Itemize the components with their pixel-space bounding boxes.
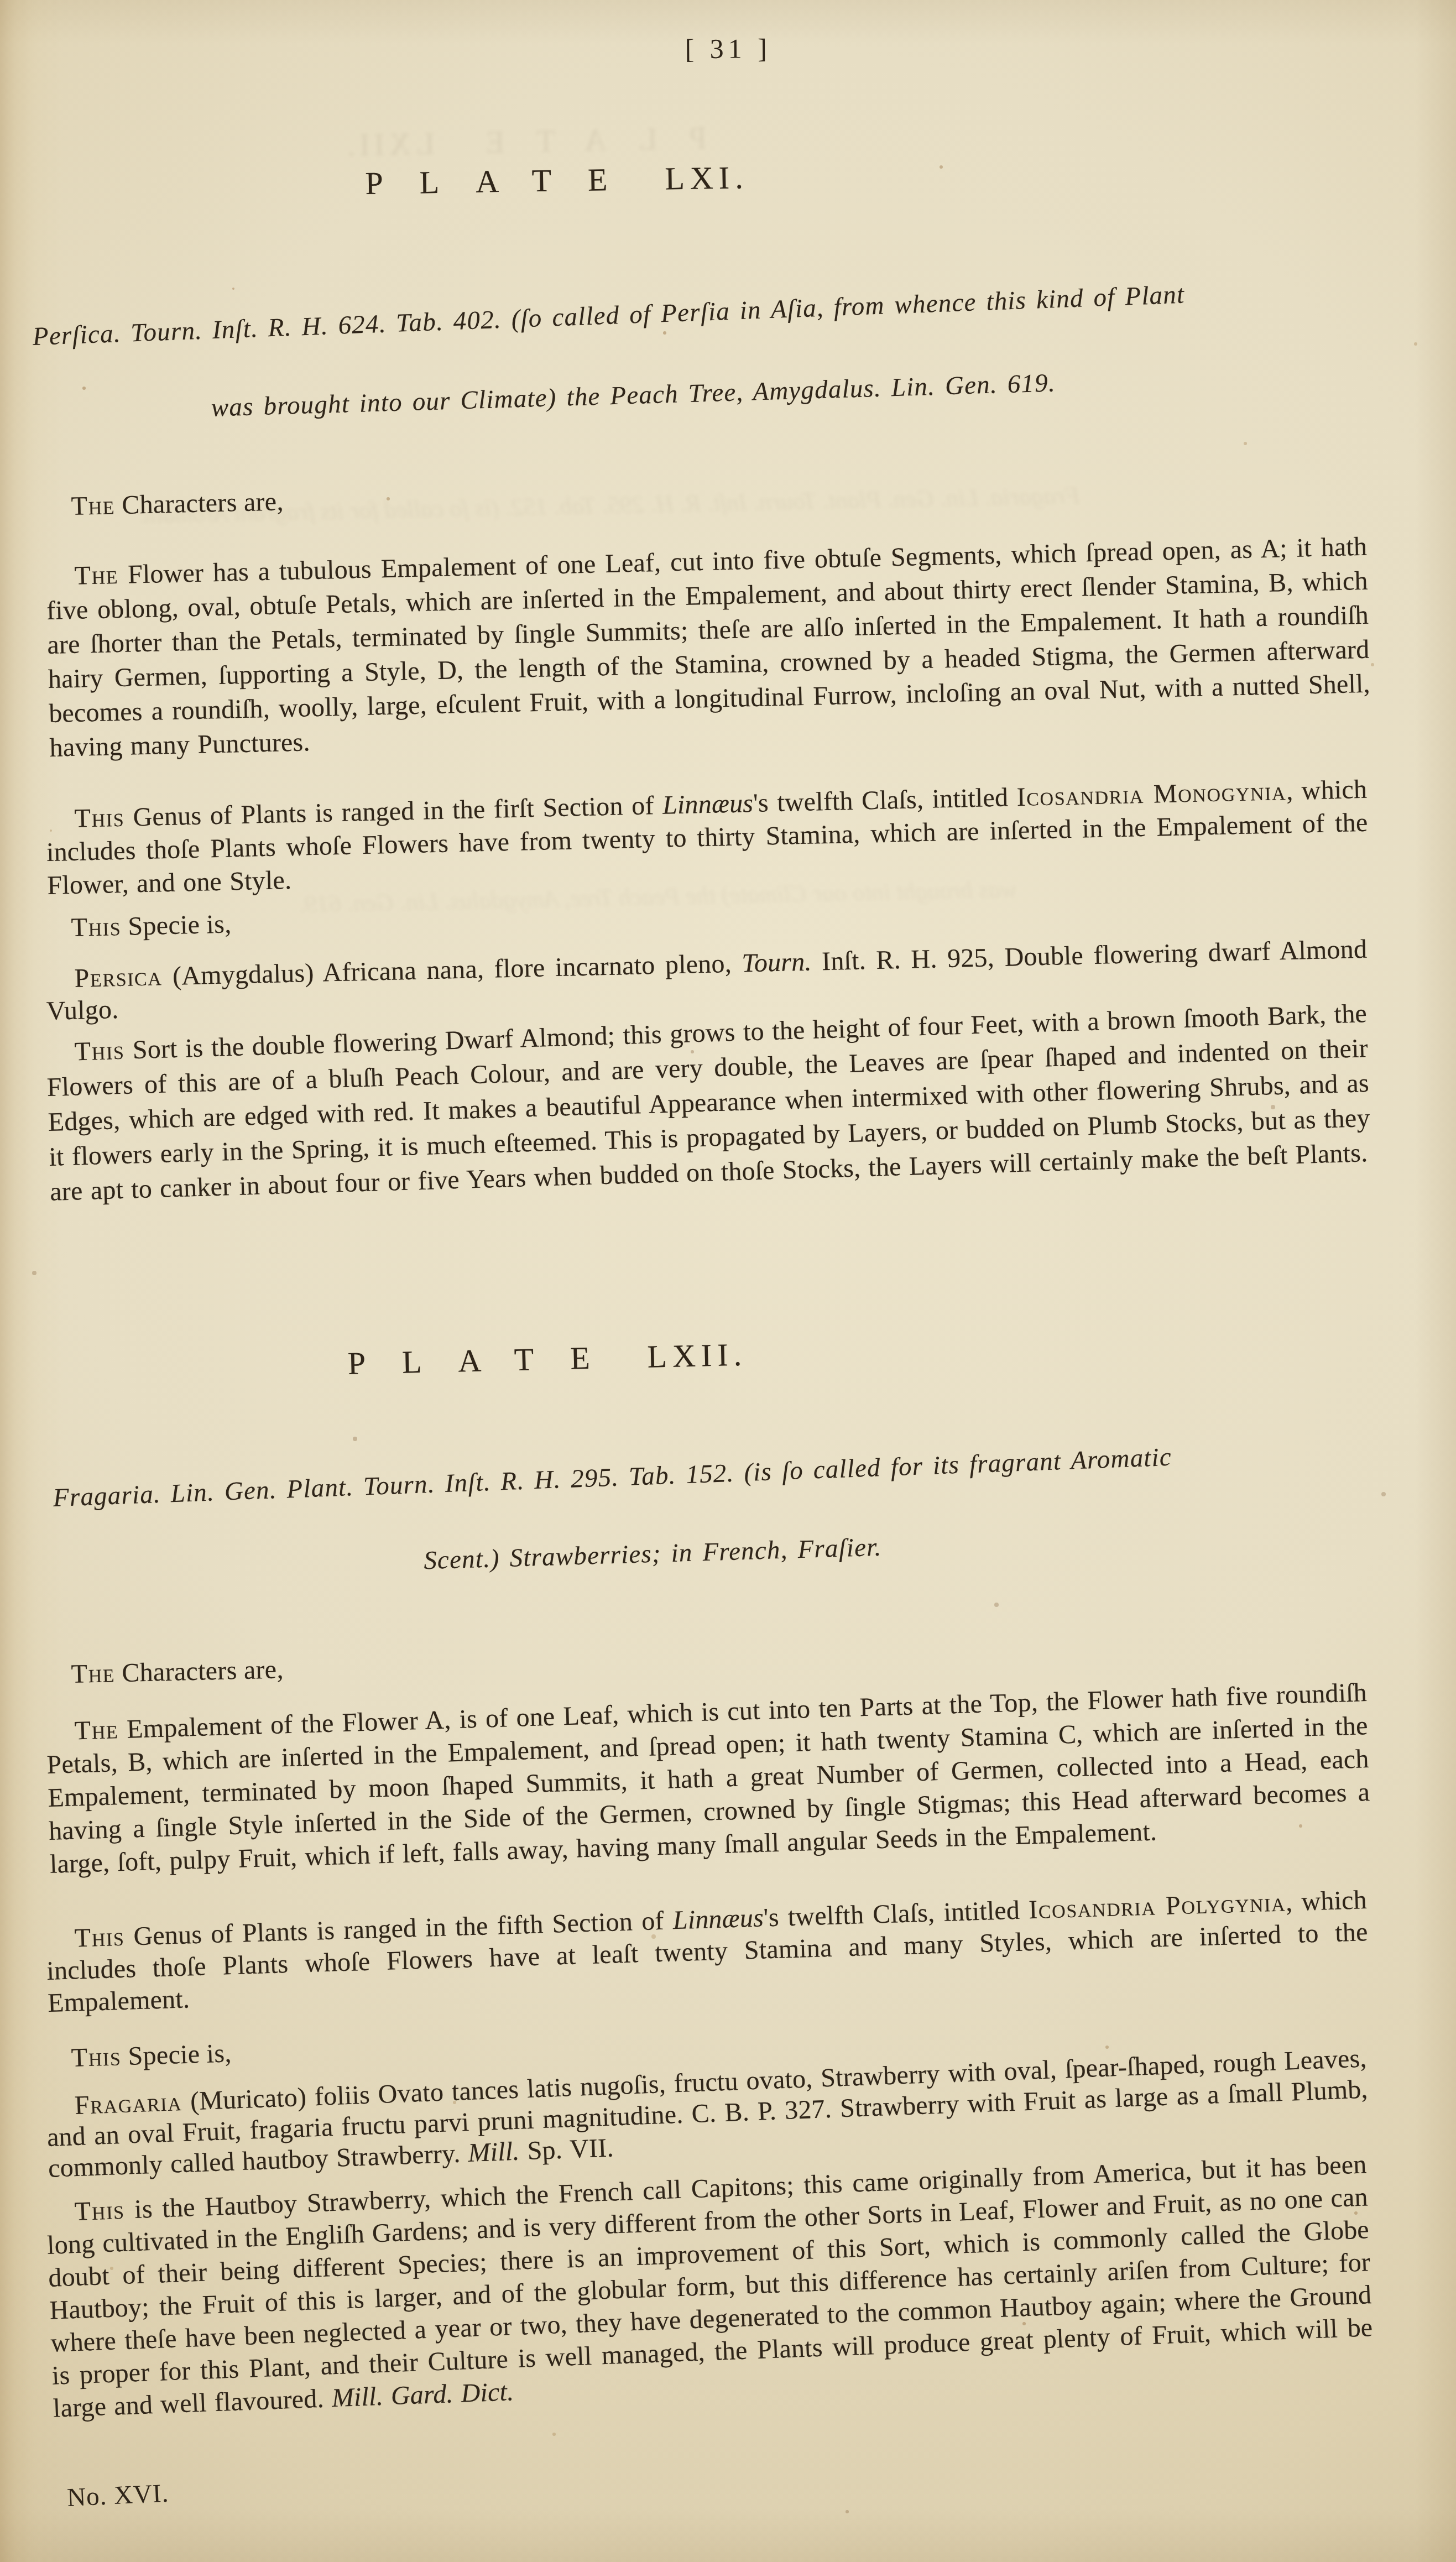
plate-word: PLATE xyxy=(365,161,644,201)
plate-numeral: LXI. xyxy=(665,159,749,196)
genus-paragraph: This Genus of Plants is ranged in the fi… xyxy=(45,773,1369,902)
plate-word: PLATE xyxy=(347,1339,627,1381)
paper-foxing-specks xyxy=(232,288,234,290)
book-page-scan: PLATELXII. Fragaria. Lin. Gen. Plant. To… xyxy=(0,0,1456,2562)
plate-numeral: LXII. xyxy=(647,1337,748,1375)
specie-heading: This Specie is, xyxy=(71,909,232,943)
plate-lxi-citation-line-1: Perſica. Tourn. Inſt. R. H. 624. Tab. 40… xyxy=(32,280,1185,352)
plate-lxii-heading: PLATELXII. xyxy=(347,1336,748,1382)
characters-heading: The Characters are, xyxy=(71,486,284,521)
plate-lxi-heading: PLATELXI. xyxy=(365,159,749,202)
description-paragraph: This is the Hautboy Strawberry, which th… xyxy=(45,2148,1375,2424)
characters-paragraph: The Empalement of the Flower A, is of on… xyxy=(45,1676,1371,1881)
showthrough-plate-numeral: LXII. xyxy=(342,127,435,163)
showthrough-plate-heading: PLATELXII. xyxy=(342,121,707,164)
signature-mark: No. XVI. xyxy=(66,2478,169,2513)
showthrough-plate-word: PLATE xyxy=(453,121,707,161)
genus-paragraph: This Genus of Plants is ranged in the fi… xyxy=(45,1884,1369,2020)
specie-heading: This Specie is, xyxy=(71,2038,232,2073)
plate-lxii-citation-line-2: Scent.) Strawberries; in French, Fraſier… xyxy=(0,1520,1306,1588)
plate-lxii-citation-line-1: Fragaria. Lin. Gen. Plant. Tourn. Inſt. … xyxy=(53,1442,1172,1513)
characters-heading: The Characters are, xyxy=(71,1654,284,1689)
plate-lxi-citation-line-2: was brought into our Climate) the Peach … xyxy=(0,362,1267,429)
description-paragraph: This Sort is the double flowering Dwarf … xyxy=(45,996,1371,1209)
characters-paragraph: The Flower has a tubulous Empalement of … xyxy=(45,530,1371,765)
page-number: [ 31 ] xyxy=(0,28,1456,70)
